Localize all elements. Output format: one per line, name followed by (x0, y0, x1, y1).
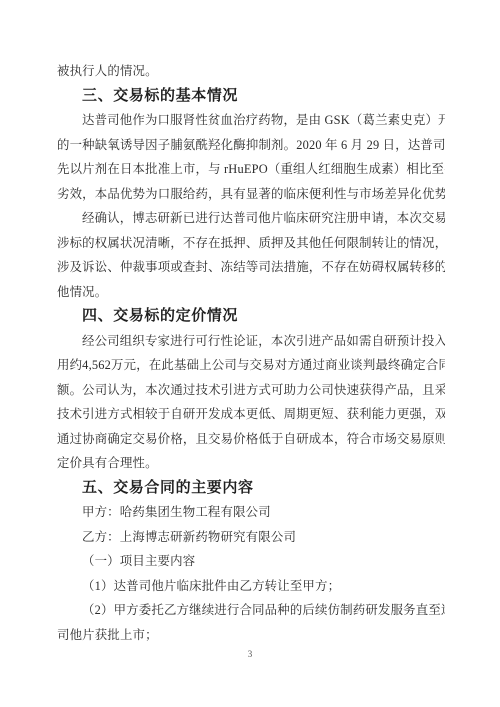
document-body: 被执行人的情况。 三、交易标的基本情况 达普司他作为口服肾性贫血治疗药物，是由 … (57, 59, 445, 647)
paragraph-line: 经确认，博志研新已进行达普司他片临床研究注册申请，本次交易所 (57, 206, 445, 231)
paragraph-line: 经公司组织专家进行可行性论证，本次引进产品如需自研预计投入费 (57, 329, 445, 354)
page-number: 3 (0, 649, 500, 659)
list-item-line: （1）达普司他片临床批件由乙方转让至甲方； (57, 574, 445, 599)
section-heading-3: 三、交易标的基本情况 (57, 84, 445, 109)
section-heading-5: 五、交易合同的主要内容 (57, 476, 445, 501)
paragraph-line: 用约4,562万元，在此基础上公司与交易对方通过商业谈判最终确定合同金 (57, 353, 445, 378)
paragraph-line: 涉标的权属状况清晰，不存在抵押、质押及其他任何限制转让的情况，不 (57, 231, 445, 256)
document-page: 被执行人的情况。 三、交易标的基本情况 达普司他作为口服肾性贫血治疗药物，是由 … (0, 0, 500, 707)
list-item-line: （一）项目主要内容 (57, 549, 445, 574)
paragraph-line: 涉及诉讼、仲裁事项或查封、冻结等司法措施，不存在妨碍权属转移的其 (57, 255, 445, 280)
paragraph-line: 通过协商确定交易价格，且交易价格低于自研成本，符合市场交易原则， (57, 427, 445, 452)
paragraph-continuation-line: 被执行人的情况。 (57, 59, 445, 84)
section-heading-4: 四、交易标的定价情况 (57, 304, 445, 329)
list-item-line: 司他片获批上市； (57, 623, 445, 648)
paragraph-line: 技术引进方式相较于自研开发成本更低、周期更短、获利能力更强，双方 (57, 402, 445, 427)
paragraph-line: 的一种缺氧诱导因子脯氨酰羟化酶抑制剂。2020 年 6 月 29 日，达普司他首 (57, 133, 445, 158)
paragraph-line: 额。公司认为，本次通过技术引进方式可助力公司快速获得产品，且采用 (57, 378, 445, 403)
paragraph-line: 先以片剂在日本批准上市，与 rHuEPO（重组人红细胞生成素）相比至少非 (57, 157, 445, 182)
party-a-line: 甲方：哈药集团生物工程有限公司 (57, 500, 445, 525)
list-item-line: （2）甲方委托乙方继续进行合同品种的后续仿制药研发服务直至达普 (57, 598, 445, 623)
paragraph-line: 定价具有合理性。 (57, 451, 445, 476)
paragraph-line: 达普司他作为口服肾性贫血治疗药物，是由 GSK（葛兰素史克）开发 (57, 108, 445, 133)
party-b-line: 乙方：上海博志研新药物研究有限公司 (57, 525, 445, 550)
paragraph-line: 劣效，本品优势为口服给药，具有显著的临床便利性与市场差异化优势。 (57, 182, 445, 207)
paragraph-line: 他情况。 (57, 280, 445, 305)
